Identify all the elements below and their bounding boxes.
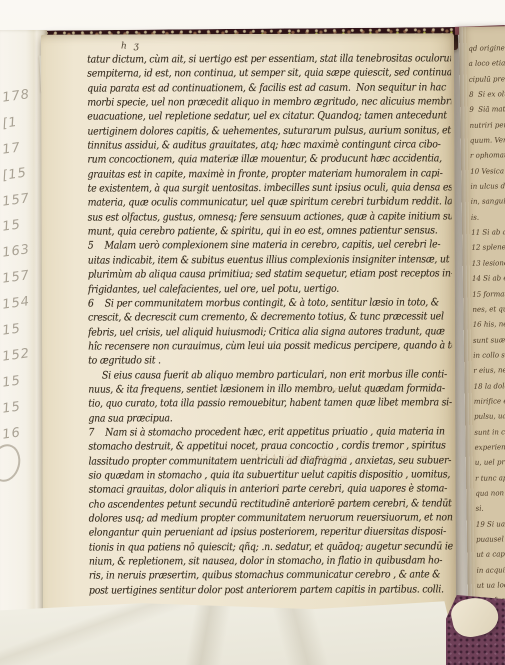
tissue-flyleaf (0, 600, 505, 665)
facing-page-line: 12 splene, seu (471, 240, 505, 256)
facing-page-line: ut a capitis s (476, 547, 505, 563)
text-line: 5 Malam uerò complexionem sine materia i… (88, 238, 416, 253)
bleedthrough-text: V I A documenta tim (256, 454, 347, 464)
text-line: grauitas est in capite, maximè in fronte… (87, 166, 415, 181)
facing-page-line: quum. Veriu (470, 132, 505, 148)
facing-page-line: qua non cau (475, 485, 505, 501)
facing-page-edge: qd originesa loco etiamcipulū pre8 Si ex… (459, 26, 505, 639)
text-line: plurimùm ab aliqua causa primitiua; sed … (88, 267, 416, 282)
facing-page-line: si. (475, 501, 505, 517)
text-line: munt, quia cerebro patiente, & spiritu, … (88, 224, 416, 239)
facing-page-line: in collo sunt (473, 347, 505, 363)
bleedthrough-text: cum sit ordine cibum (296, 386, 385, 396)
text-line: dolores usq; ad medium propter communita… (89, 510, 417, 525)
left-page-edges: 178[117[151571516315715415152151516 (0, 30, 47, 618)
facing-page-line: r tunc appro (475, 470, 505, 486)
facing-page-line: 14 Si ab ega (472, 270, 505, 286)
text-line: sio quædam in stomacho , quia ita subuer… (88, 467, 416, 482)
text-line: gna sua præcipua. (88, 410, 416, 425)
text-line: nium, & repletionem, sit nausea, dolor i… (89, 553, 417, 568)
text-line: tinnitus assidui, & auditus grauitates, … (87, 137, 415, 152)
text-line: stomacho destruit, & appetitui nocet, pr… (88, 439, 416, 454)
page-text: tatur dictum, cùm ait, si uertigo est pe… (87, 51, 453, 604)
facing-page-line: 9 Siā matri (469, 102, 505, 118)
text-line: quia parata est ad continuationem, & fac… (87, 80, 415, 95)
facing-page-line: experientia (474, 439, 505, 455)
facing-page-line: in acquirer (476, 562, 505, 578)
facing-page-line: nutriri perfe (469, 117, 505, 133)
facing-page-line: is. (471, 209, 505, 225)
facing-page-line: 18 la dolor n (474, 378, 505, 394)
text-line: uertiginem dolores capitis, & uehementes… (87, 123, 415, 138)
facing-page-line: pulsu, ua log (474, 408, 505, 424)
printed-page: h ʒ tatur dictum, cùm ait, si uertigo es… (41, 33, 456, 618)
facing-page-line: 8 Si ex olui (469, 86, 505, 102)
text-line: tionis in qua patiens nō quiescit; qñq; … (89, 539, 417, 554)
text-line: crescit, & decrescit cum cremento, & dec… (88, 310, 416, 325)
text-line: 7 Nam si à stomacho procedent hæc, erit … (88, 424, 416, 439)
text-line: materia, quæ oculis communicatur, uel qu… (88, 195, 416, 210)
bleedthrough-text: to poteris et corpus (296, 499, 378, 509)
text-line: morbi specie, uel non præcedit aliquo in… (87, 94, 415, 109)
facing-page-line: u, uel profes (475, 454, 505, 470)
text-line: frigidantes, uel calefacientes, uel ore,… (88, 281, 416, 296)
facing-page-line: puausel in c (476, 531, 505, 547)
text-line: ris, in neruis præsertim, quibus stomach… (89, 568, 417, 583)
facing-page-line: 10 Vesica si l (470, 163, 505, 179)
text-line: to ægritudo sit . (88, 353, 416, 368)
facing-page-line: 16 his, nemp (473, 316, 505, 332)
text-line: stomaci grauitas, dolor aliquis in anter… (89, 482, 417, 497)
facing-page-line: 11 Si ab alijs (471, 224, 505, 240)
pencil-foliation-column: 178[117[151571516315715415152151516 (3, 88, 43, 450)
book-photo: 178[117[151571516315715415152151516 h ʒ … (0, 0, 505, 665)
facing-page-line: 15 formati (472, 286, 505, 302)
facing-page-line: in, sanguinis (471, 194, 505, 210)
facing-page-line: r eius, neq. (473, 362, 505, 378)
facing-page-line: sunt suæ in c (473, 332, 505, 348)
facing-page-line: 13 lesiones , (472, 255, 505, 271)
facing-page-line: ut ua loca s (477, 577, 505, 593)
facing-page-line: cipulū pre (469, 71, 505, 87)
facing-page-text: qd originesa loco etiamcipulū pre8 Si ex… (459, 26, 505, 624)
text-line: euacuatione, uel repletione sedatur, uel… (87, 109, 415, 124)
text-line: sempiterna, id est, non continua, ut sem… (87, 66, 415, 81)
facing-page-line: nes, et qua (472, 301, 505, 317)
text-line: febris, uel crisis, uel aliquid huiusmod… (88, 324, 416, 339)
text-line: rum concoctionem, quia materiæ illæ moue… (87, 152, 415, 167)
text-line: 6 Si per communitatem morbus contingit, … (88, 295, 416, 310)
signature-mark: h ʒ (121, 41, 141, 51)
text-line: Si eius causa fuerit ab aliquo membro pa… (88, 367, 416, 382)
facing-page-line: qd origines (468, 40, 505, 56)
text-line: elongantur quin perueniant ad ipsius pos… (89, 525, 417, 540)
text-line: sus est olfactus, gustus, omnesq; fere s… (88, 209, 416, 224)
facing-page-line: mirifice ext (474, 393, 505, 409)
text-line: te existentem, à qua surgit uentositas. … (87, 181, 415, 196)
facing-page-line: sunt in cis. E (474, 424, 505, 440)
text-line: uitas indicabit, item & subitus euentus … (88, 252, 416, 267)
text-line: tio, quo curato, tota illa passio remoue… (88, 396, 416, 411)
text-line: hîc recensere non curauimus, cùm leui ui… (88, 338, 416, 353)
facing-page-line: r ophomata (470, 148, 505, 164)
text-line: tatur dictum, cùm ait, si uertigo est pe… (87, 51, 415, 66)
text-line: lassitudo propter communitatem uentricul… (88, 453, 416, 468)
facing-page-line: a loco etiam (468, 56, 505, 72)
facing-page-line: in ulcus duc (470, 178, 505, 194)
facing-page-line: 19 Si uapor q (476, 516, 505, 532)
text-line: post uertigines sentitur dolor post ante… (89, 582, 417, 597)
